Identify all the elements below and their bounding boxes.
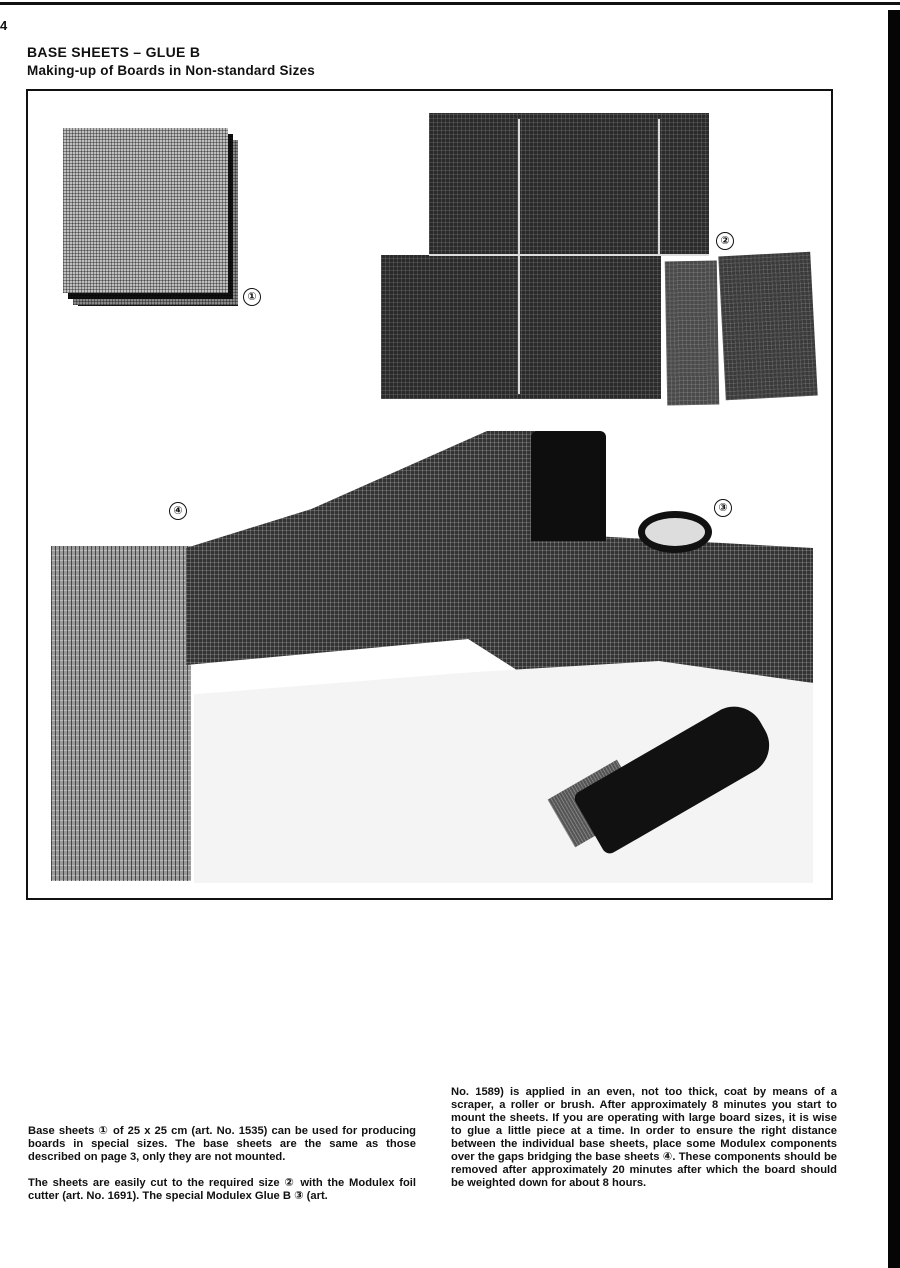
callout-1: ① xyxy=(243,288,261,306)
paragraph: Base sheets ① of 25 x 25 cm (art. No. 15… xyxy=(28,1125,416,1164)
gluing-scene-photo xyxy=(46,431,813,883)
base-sheet-top xyxy=(63,128,228,293)
cut-sheet-strip xyxy=(665,261,720,406)
curling-base-sheet xyxy=(186,431,813,691)
callout-2: ② xyxy=(716,232,734,250)
mounted-base-sheet xyxy=(51,546,191,881)
sheet-seam xyxy=(429,254,709,256)
cut-sheet-bottom xyxy=(381,255,661,399)
page-title: BASE SHEETS – GLUE B xyxy=(27,44,200,60)
top-scan-rule xyxy=(0,2,900,5)
cut-sheet-piece xyxy=(718,252,817,401)
paragraph: No. 1589) is applied in an even, not too… xyxy=(451,1086,837,1190)
paragraph: The sheets are easily cut to the require… xyxy=(28,1177,416,1203)
callout-4: ④ xyxy=(169,502,187,520)
body-column-left: Base sheets ① of 25 x 25 cm (art. No. 15… xyxy=(28,1125,416,1216)
glue-bottle-icon xyxy=(531,431,606,541)
figure-frame: ① ② ③ ④ xyxy=(26,89,833,900)
glue-lid-ring xyxy=(638,511,712,553)
page-subtitle: Making-up of Boards in Non-standard Size… xyxy=(27,63,315,78)
page-number: 4 xyxy=(0,18,7,33)
scan-edge-bar xyxy=(888,10,900,1268)
cut-sheet-top xyxy=(429,113,709,255)
sheet-seam xyxy=(658,119,660,254)
sheet-seam xyxy=(518,119,520,394)
callout-3: ③ xyxy=(714,499,732,517)
body-column-right: No. 1589) is applied in an even, not too… xyxy=(451,1086,837,1203)
